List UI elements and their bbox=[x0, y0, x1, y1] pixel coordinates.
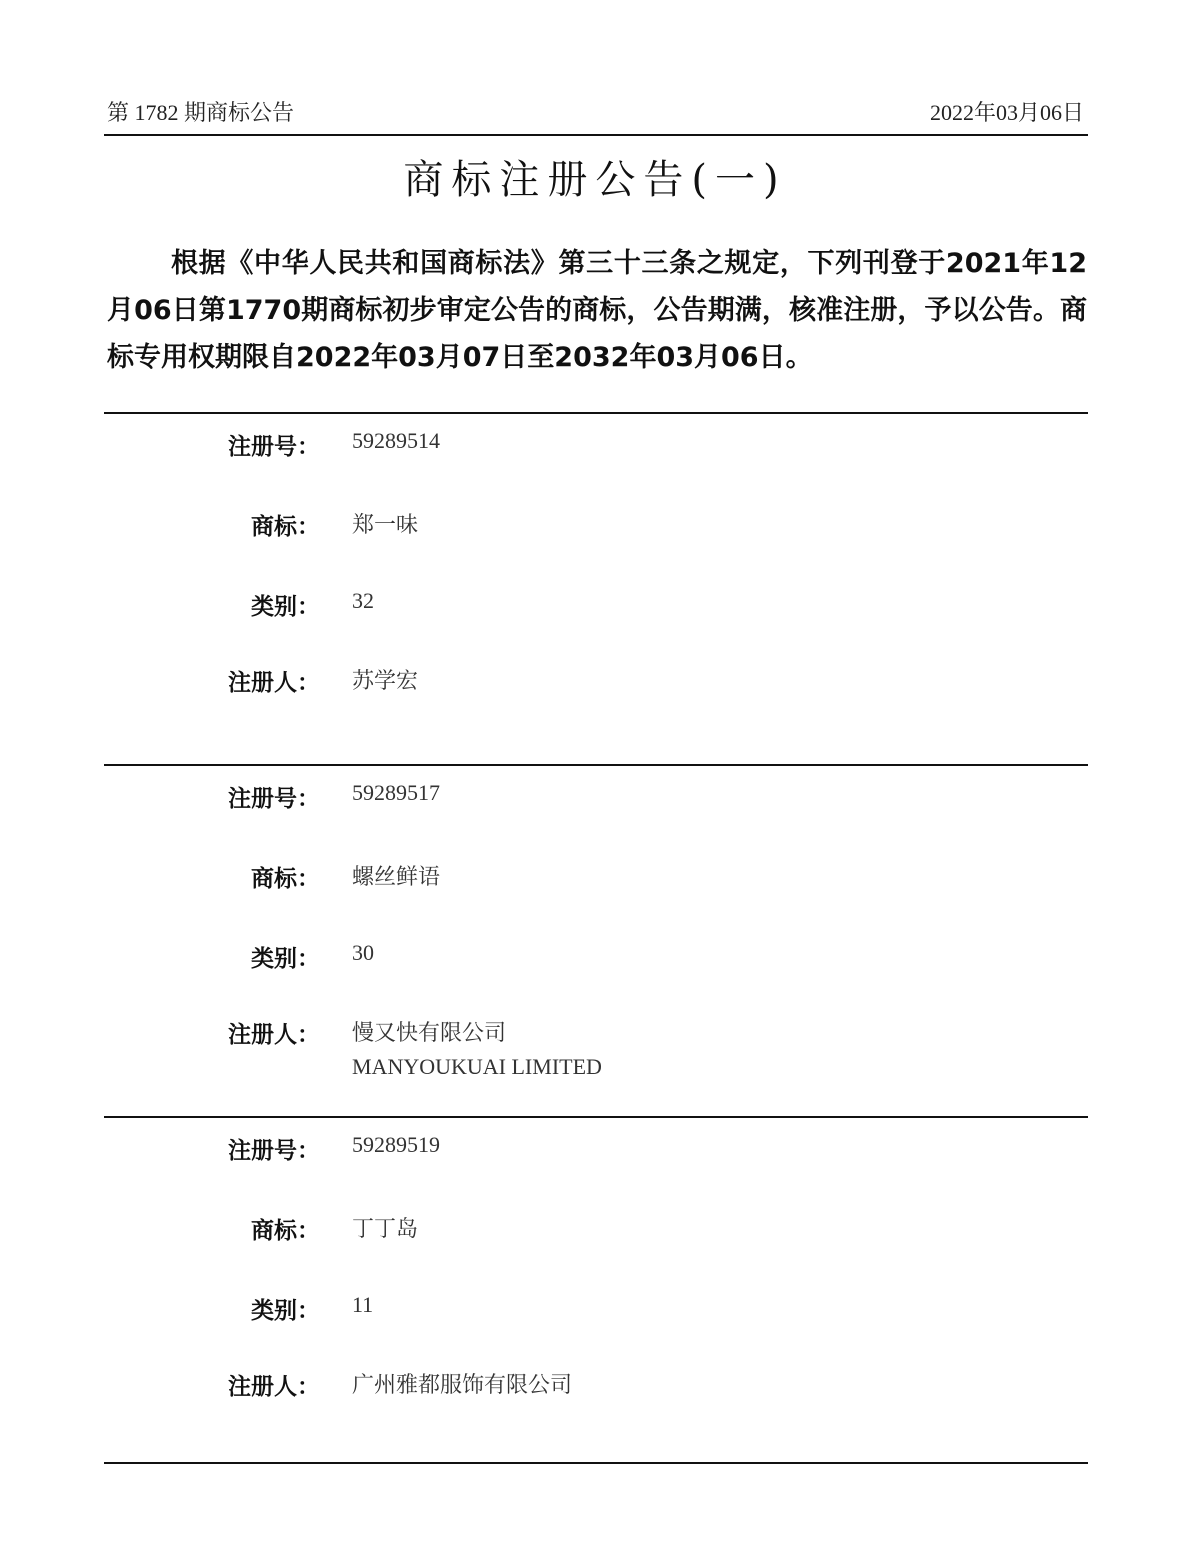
trademark-value: 郑一味 bbox=[352, 508, 418, 539]
trademark-row: 商标： 郑一味 bbox=[0, 508, 1190, 548]
reg-no-row: 注册号： 59289514 bbox=[0, 428, 1190, 468]
issue-number: 第 1782 期商标公告 bbox=[107, 96, 294, 127]
reg-no-value: 59289519 bbox=[352, 1132, 440, 1158]
entry-divider bbox=[104, 412, 1088, 414]
issue-date: 2022年03月06日 bbox=[930, 96, 1084, 127]
class-row: 类别： 30 bbox=[0, 940, 1190, 980]
intro-paragraph: 根据《中华人民共和国商标法》第三十三条之规定，下列刊登于2021年12月06日第… bbox=[107, 240, 1087, 381]
page-title: 商标注册公告(一) bbox=[0, 148, 1190, 205]
class-value: 32 bbox=[352, 588, 374, 614]
reg-no-label: 注册号： bbox=[228, 1132, 320, 1165]
reg-no-label: 注册号： bbox=[228, 428, 320, 461]
class-value: 11 bbox=[352, 1292, 373, 1318]
trademark-value: 丁丁岛 bbox=[352, 1212, 418, 1243]
trademark-row: 商标： 丁丁岛 bbox=[0, 1212, 1190, 1252]
entry-divider bbox=[104, 1116, 1088, 1118]
registrant-value: 苏学宏 bbox=[352, 664, 418, 695]
class-row: 类别： 11 bbox=[0, 1292, 1190, 1332]
registrant-row: 注册人： 苏学宏 bbox=[0, 664, 1190, 704]
reg-no-row: 注册号： 59289519 bbox=[0, 1132, 1190, 1172]
reg-no-label: 注册号： bbox=[228, 780, 320, 813]
entry-divider bbox=[104, 764, 1088, 766]
footer-divider bbox=[104, 1462, 1088, 1464]
trademark-value: 螺丝鲜语 bbox=[352, 860, 440, 891]
class-label: 类别： bbox=[251, 1292, 320, 1325]
class-label: 类别： bbox=[251, 588, 320, 621]
registrant-label: 注册人： bbox=[228, 664, 320, 697]
header-divider bbox=[104, 134, 1088, 136]
class-label: 类别： bbox=[251, 940, 320, 973]
registrant-english-value: MANYOUKUAI LIMITED bbox=[352, 1054, 602, 1080]
reg-no-row: 注册号： 59289517 bbox=[0, 780, 1190, 820]
class-row: 类别： 32 bbox=[0, 588, 1190, 628]
registrant-row: 注册人： 广州雅都服饰有限公司 bbox=[0, 1368, 1190, 1408]
trademark-label: 商标： bbox=[251, 1212, 320, 1245]
registrant-row: 注册人： 慢又快有限公司 MANYOUKUAI LIMITED bbox=[0, 1016, 1190, 1056]
class-value: 30 bbox=[352, 940, 374, 966]
registrant-label: 注册人： bbox=[228, 1016, 320, 1049]
trademark-row: 商标： 螺丝鲜语 bbox=[0, 860, 1190, 900]
trademark-label: 商标： bbox=[251, 860, 320, 893]
document-page: 第 1782 期商标公告 2022年03月06日 商标注册公告(一) 根据《中华… bbox=[0, 0, 1190, 1564]
trademark-label: 商标： bbox=[251, 508, 320, 541]
registrant-label: 注册人： bbox=[228, 1368, 320, 1401]
registrant-value: 广州雅都服饰有限公司 bbox=[352, 1368, 572, 1399]
registrant-value: 慢又快有限公司 bbox=[352, 1016, 506, 1047]
reg-no-value: 59289517 bbox=[352, 780, 440, 806]
reg-no-value: 59289514 bbox=[352, 428, 440, 454]
